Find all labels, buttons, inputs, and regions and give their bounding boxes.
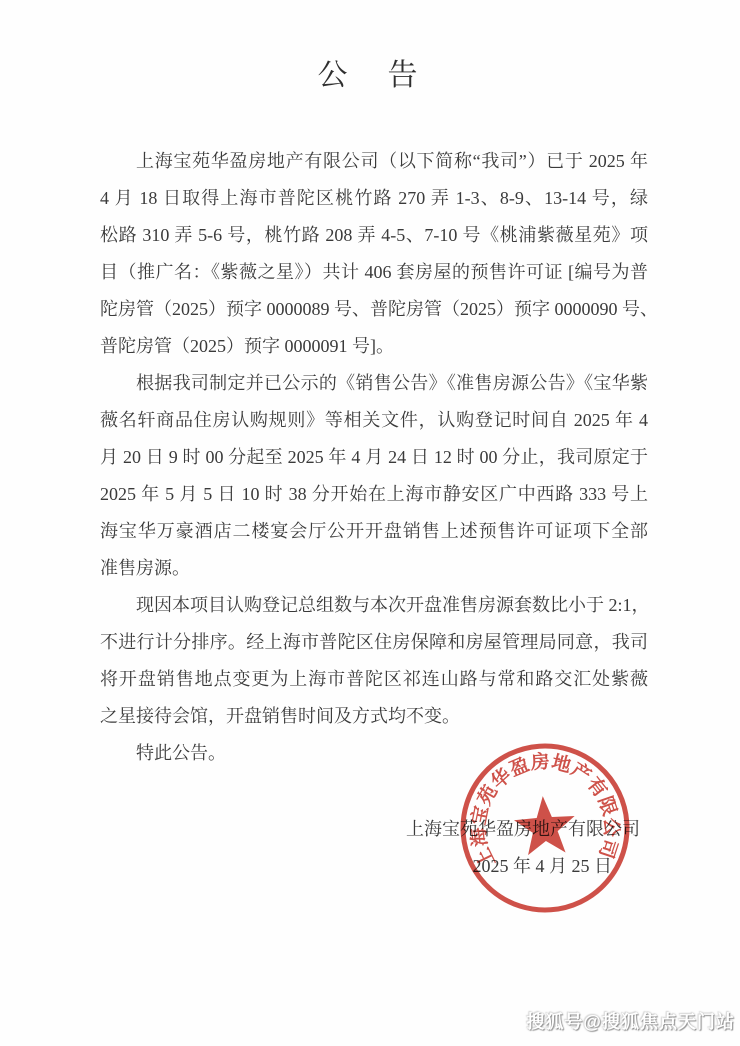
paragraph-line: 薇名轩商品住房认购规则》等相关文件，认购登记时间自 2025 年 4 [100, 402, 648, 439]
signature-block: 上海宝苑华盈房地产有限公司 2025 年 4 月 25 日 [100, 811, 648, 885]
paragraph-line: 松路 310 弄 5-6 号，桃竹路 208 弄 4-5、7-10 号《桃浦紫薇… [100, 217, 648, 254]
paragraph-line: 准售房源。 [100, 550, 648, 587]
paragraph-line: 现因本项目认购登记总组数与本次开盘准售房源套数比小于 2:1， [100, 587, 648, 624]
paragraph-line: 海宝华万豪酒店二楼宴会厅公开开盘销售上述预售许可证项下全部 [100, 513, 648, 550]
paragraph-line: 普陀房管（2025）预字 0000091 号]。 [100, 328, 648, 365]
signature-company: 上海宝苑华盈房地产有限公司 [100, 811, 648, 848]
notice-title: 公 告 [0, 56, 740, 96]
paragraph-line: 之星接待会馆，开盘销售时间及方式均不变。 [100, 698, 648, 735]
paragraph-line: 根据我司制定并已公示的《销售公告》《准售房源公告》《宝华紫 [100, 365, 648, 402]
watermark: 搜狐号@搜狐焦点天门站 [526, 1008, 735, 1034]
paragraph-line: 不进行计分排序。经上海市普陀区住房保障和房屋管理局同意，我司 [100, 624, 648, 661]
paragraph-line: 目（推广名：《紫薇之星》）共计 406 套房屋的预售许可证 [编号为普 [100, 254, 648, 291]
paragraph-line: 特此公告。 [100, 735, 648, 772]
notice-body: 上海宝苑华盈房地产有限公司（以下简称“我司”）已于 2025 年 4 月 18 … [100, 143, 648, 772]
paragraph-line: 上海宝苑华盈房地产有限公司（以下简称“我司”）已于 2025 年 [100, 143, 648, 180]
paragraph-line: 4 月 18 日取得上海市普陀区桃竹路 270 弄 1-3、8-9、13-14 … [100, 180, 648, 217]
paragraph-line: 陀房管（2025）预字 0000089 号、普陀房管（2025）预字 00000… [100, 291, 648, 328]
paragraph-line: 将开盘销售地点变更为上海市普陀区祁连山路与常和路交汇处紫薇 [100, 661, 648, 698]
signature-date: 2025 年 4 月 25 日 [100, 848, 648, 885]
paragraph-line: 2025 年 5 月 5 日 10 时 38 分开始在上海市静安区广中西路 33… [100, 476, 648, 513]
notice-document: 公 告 上海宝苑华盈房地产有限公司（以下简称“我司”）已于 2025 年 4 月… [0, 0, 740, 1046]
paragraph-line: 月 20 日 9 时 00 分起至 2025 年 4 月 24 日 12 时 0… [100, 439, 648, 476]
